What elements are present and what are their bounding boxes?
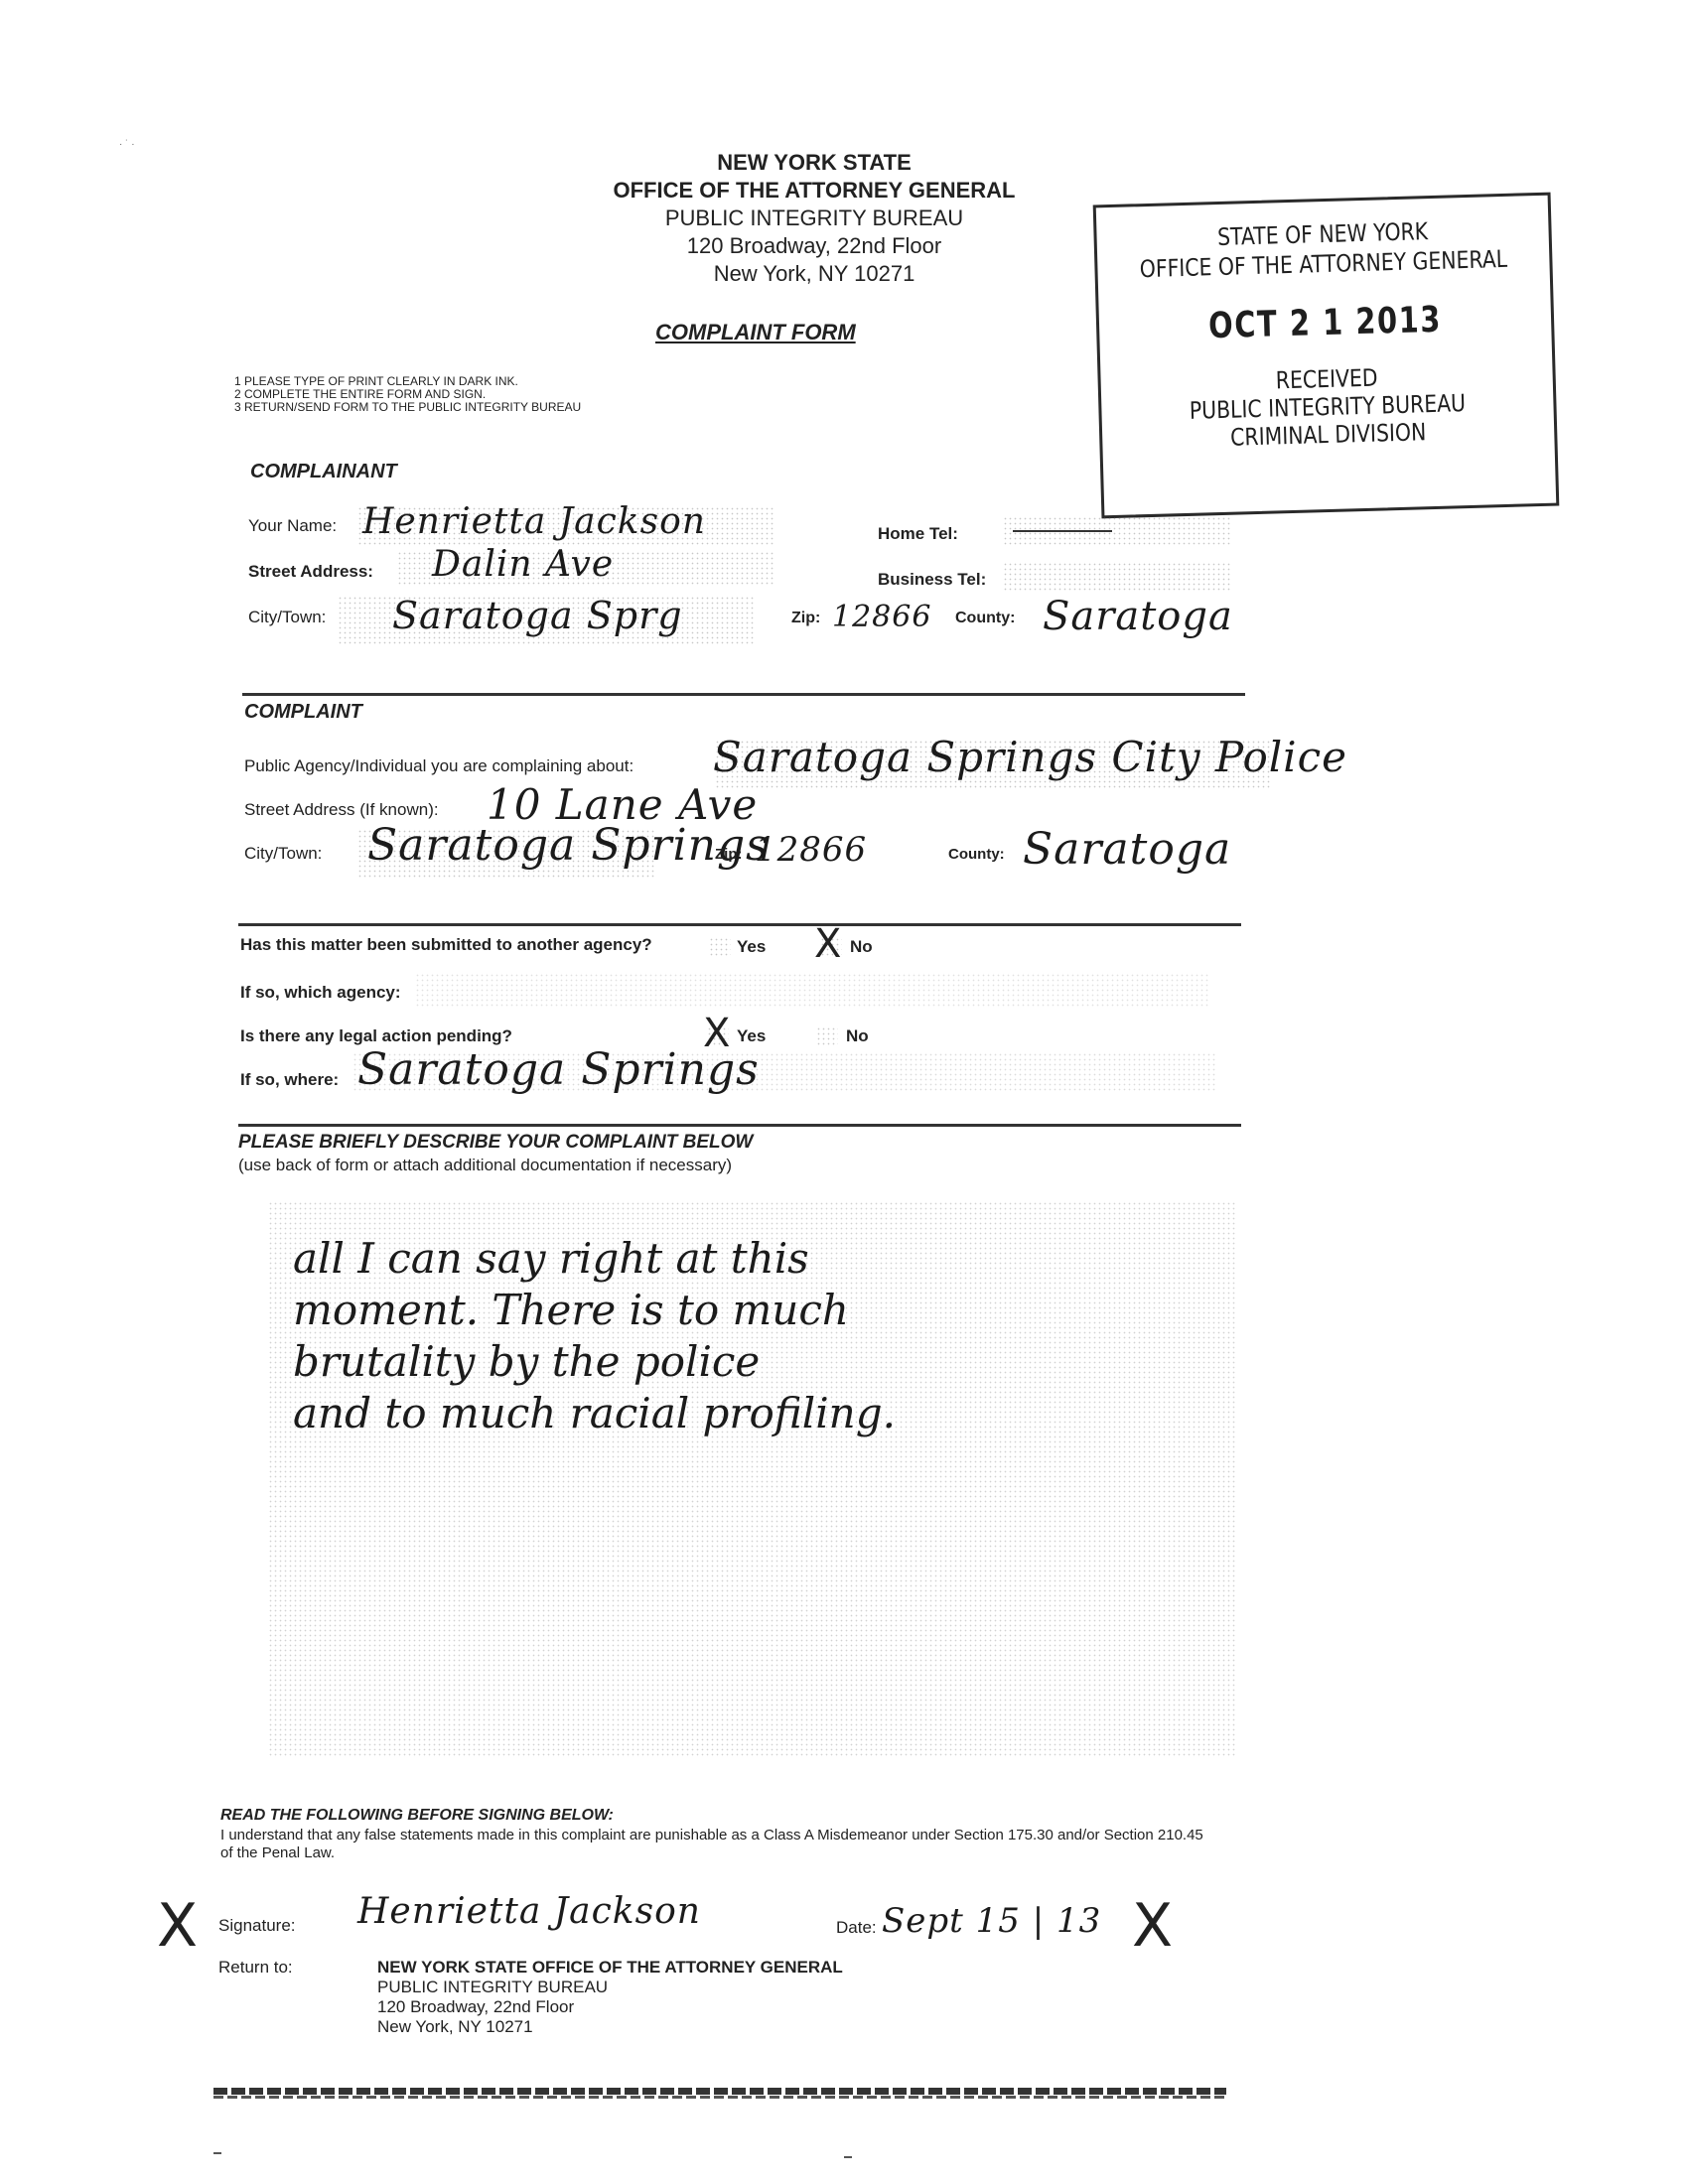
header-line-4: 120 Broadway, 22nd Floor bbox=[516, 232, 1112, 260]
signature-label: Signature: bbox=[218, 1916, 296, 1936]
signature-x-mark: X bbox=[157, 1891, 198, 1961]
description-text: all I can say right at this moment. Ther… bbox=[293, 1233, 1127, 1439]
date-x-mark: X bbox=[1132, 1891, 1173, 1961]
section-divider bbox=[238, 923, 1241, 926]
stamp-date: OCT 2 1 2013 bbox=[1144, 298, 1506, 348]
county-label: County: bbox=[955, 610, 1015, 627]
description-title: PLEASE BRIEFLY DESCRIBE YOUR COMPLAINT B… bbox=[238, 1132, 753, 1154]
return-to-label: Return to: bbox=[218, 1958, 293, 1978]
where-label: If so, where: bbox=[240, 1070, 339, 1090]
street-address-label: Street Address: bbox=[248, 562, 373, 582]
declaration-title: READ THE FOLLOWING BEFORE SIGNING BELOW: bbox=[220, 1807, 614, 1825]
county-field[interactable]: Saratoga bbox=[1043, 594, 1233, 639]
instruction-3: 3 RETURN/SEND FORM TO THE PUBLIC INTEGRI… bbox=[234, 401, 581, 414]
complaint-zip-field[interactable]: 12866 bbox=[755, 830, 867, 870]
scan-mark bbox=[213, 2152, 221, 2154]
street-address-field[interactable]: Dalin Ave bbox=[432, 544, 614, 585]
declaration-text: I understand that any false statements m… bbox=[220, 1827, 1213, 1862]
description-line-1: all I can say right at this bbox=[293, 1233, 1127, 1285]
complaint-section-title: COMPLAINT bbox=[244, 701, 362, 724]
date-field[interactable]: Sept 15 | 13 bbox=[882, 1901, 1101, 1941]
zip-field[interactable]: 12866 bbox=[832, 600, 931, 634]
which-agency-field[interactable] bbox=[415, 973, 1209, 1009]
header-line-3: PUBLIC INTEGRITY BUREAU bbox=[516, 205, 1112, 232]
description-subtitle: (use back of form or attach additional d… bbox=[238, 1156, 732, 1175]
legal-question: Is there any legal action pending? bbox=[240, 1026, 512, 1046]
where-field[interactable]: Saratoga Springs bbox=[357, 1044, 760, 1095]
scan-mark bbox=[844, 2156, 852, 2158]
home-tel-label: Home Tel: bbox=[878, 524, 958, 544]
business-tel-label: Business Tel: bbox=[878, 570, 986, 590]
stamp-line-overlap bbox=[1013, 530, 1112, 532]
complaint-city-label: City/Town: bbox=[244, 844, 322, 864]
header-line-5: New York, NY 10271 bbox=[516, 260, 1112, 288]
complainant-section-title: COMPLAINANT bbox=[250, 461, 397, 483]
legal-no-checkbox[interactable] bbox=[816, 1026, 838, 1046]
complaint-county-field[interactable]: Saratoga bbox=[1023, 824, 1231, 875]
section-divider bbox=[238, 1124, 1241, 1127]
city-field[interactable]: Saratoga Sprg bbox=[392, 594, 683, 637]
signature-field[interactable]: Henrietta Jackson bbox=[357, 1891, 701, 1932]
agency-field[interactable]: Saratoga Springs City Police bbox=[713, 733, 1347, 781]
description-line-4: and to much racial profiling. bbox=[293, 1388, 1127, 1439]
instructions: 1 PLEASE TYPE OF PRINT CLEARLY IN DARK I… bbox=[234, 375, 581, 414]
header-line-2: OFFICE OF THE ATTORNEY GENERAL bbox=[516, 177, 1112, 205]
submitted-question: Has this matter been submitted to anothe… bbox=[240, 935, 652, 955]
document-header: NEW YORK STATE OFFICE OF THE ATTORNEY GE… bbox=[516, 149, 1112, 288]
business-tel-field[interactable] bbox=[1003, 562, 1231, 592]
description-line-2: moment. There is to much bbox=[293, 1285, 1127, 1336]
submitted-yes-label: Yes bbox=[737, 937, 766, 957]
complaint-zip-label: Zip: bbox=[715, 846, 743, 863]
legal-no-label: No bbox=[846, 1026, 869, 1046]
return-to-line-2: PUBLIC INTEGRITY BUREAU bbox=[377, 1978, 843, 1997]
which-agency-label: If so, which agency: bbox=[240, 983, 401, 1003]
form-title: COMPLAINT FORM bbox=[655, 320, 856, 345]
submitted-yes-checkbox[interactable] bbox=[709, 937, 731, 957]
cut-line bbox=[213, 2088, 1226, 2095]
header-line-1: NEW YORK STATE bbox=[516, 149, 1112, 177]
return-to-line-4: New York, NY 10271 bbox=[377, 2017, 843, 2037]
section-divider bbox=[242, 693, 1245, 696]
cut-line bbox=[213, 2096, 1226, 2099]
return-to-address: NEW YORK STATE OFFICE OF THE ATTORNEY GE… bbox=[377, 1958, 843, 2037]
legal-yes-label: Yes bbox=[737, 1026, 766, 1046]
return-to-line-1: NEW YORK STATE OFFICE OF THE ATTORNEY GE… bbox=[377, 1958, 843, 1978]
return-to-line-3: 120 Broadway, 22nd Floor bbox=[377, 1997, 843, 2017]
submitted-no-x-mark: X bbox=[814, 921, 841, 967]
description-line-3: brutality by the police bbox=[293, 1336, 1127, 1388]
agency-label: Public Agency/Individual you are complai… bbox=[244, 756, 633, 776]
city-label: City/Town: bbox=[248, 608, 326, 627]
zip-label: Zip: bbox=[791, 610, 820, 627]
name-label: Your Name: bbox=[248, 516, 337, 536]
complaint-city-field[interactable]: Saratoga Springs bbox=[367, 820, 770, 871]
name-field[interactable]: Henrietta Jackson bbox=[362, 501, 706, 542]
submitted-no-label: No bbox=[850, 937, 873, 957]
complaint-street-label: Street Address (If known): bbox=[244, 800, 439, 820]
scan-artifact: · ˙ · bbox=[119, 139, 179, 169]
date-label: Date: bbox=[836, 1918, 877, 1938]
received-stamp: STATE OF NEW YORK OFFICE OF THE ATTORNEY… bbox=[1093, 193, 1560, 519]
complaint-county-label: County: bbox=[948, 846, 1005, 863]
